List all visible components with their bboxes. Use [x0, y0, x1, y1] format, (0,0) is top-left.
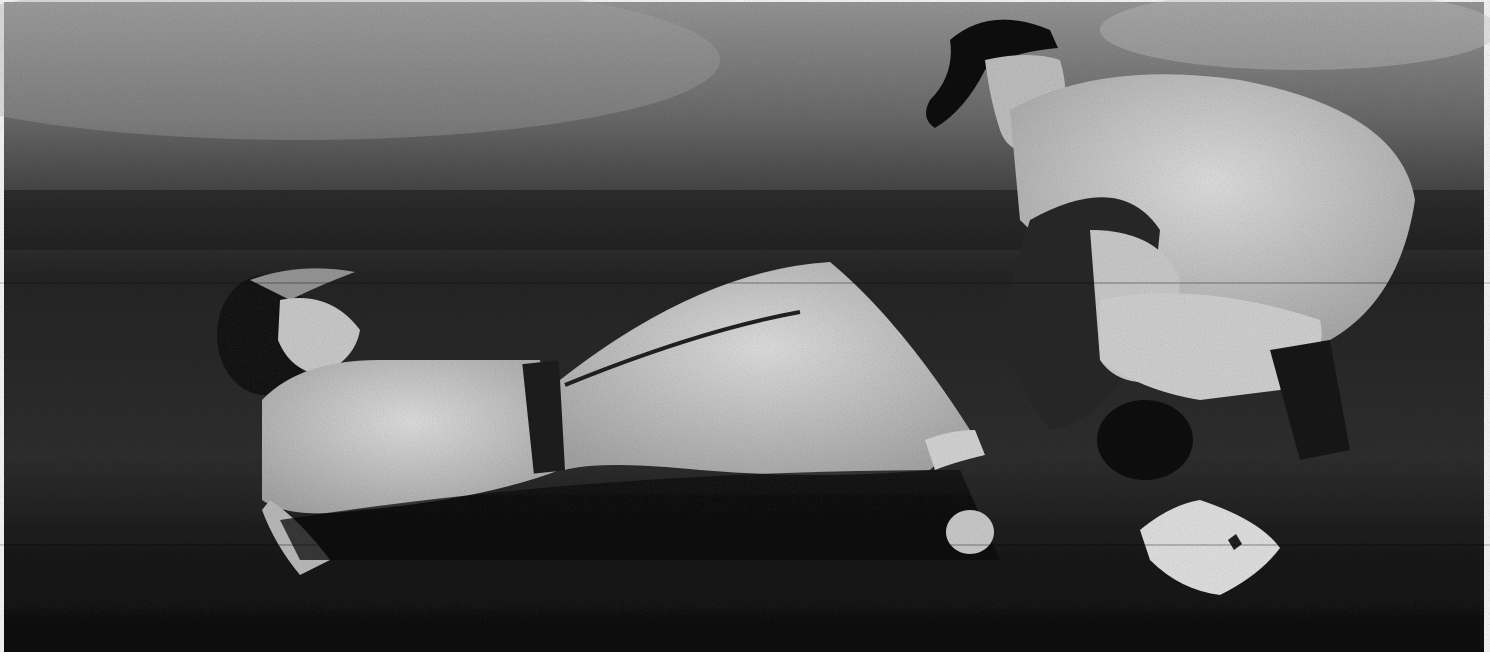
photo-canvas [0, 0, 1490, 662]
newspaper-photo [0, 0, 1490, 662]
caption-fragment [55, 654, 1455, 662]
caption-strip [0, 652, 1490, 662]
baseball [946, 510, 994, 554]
